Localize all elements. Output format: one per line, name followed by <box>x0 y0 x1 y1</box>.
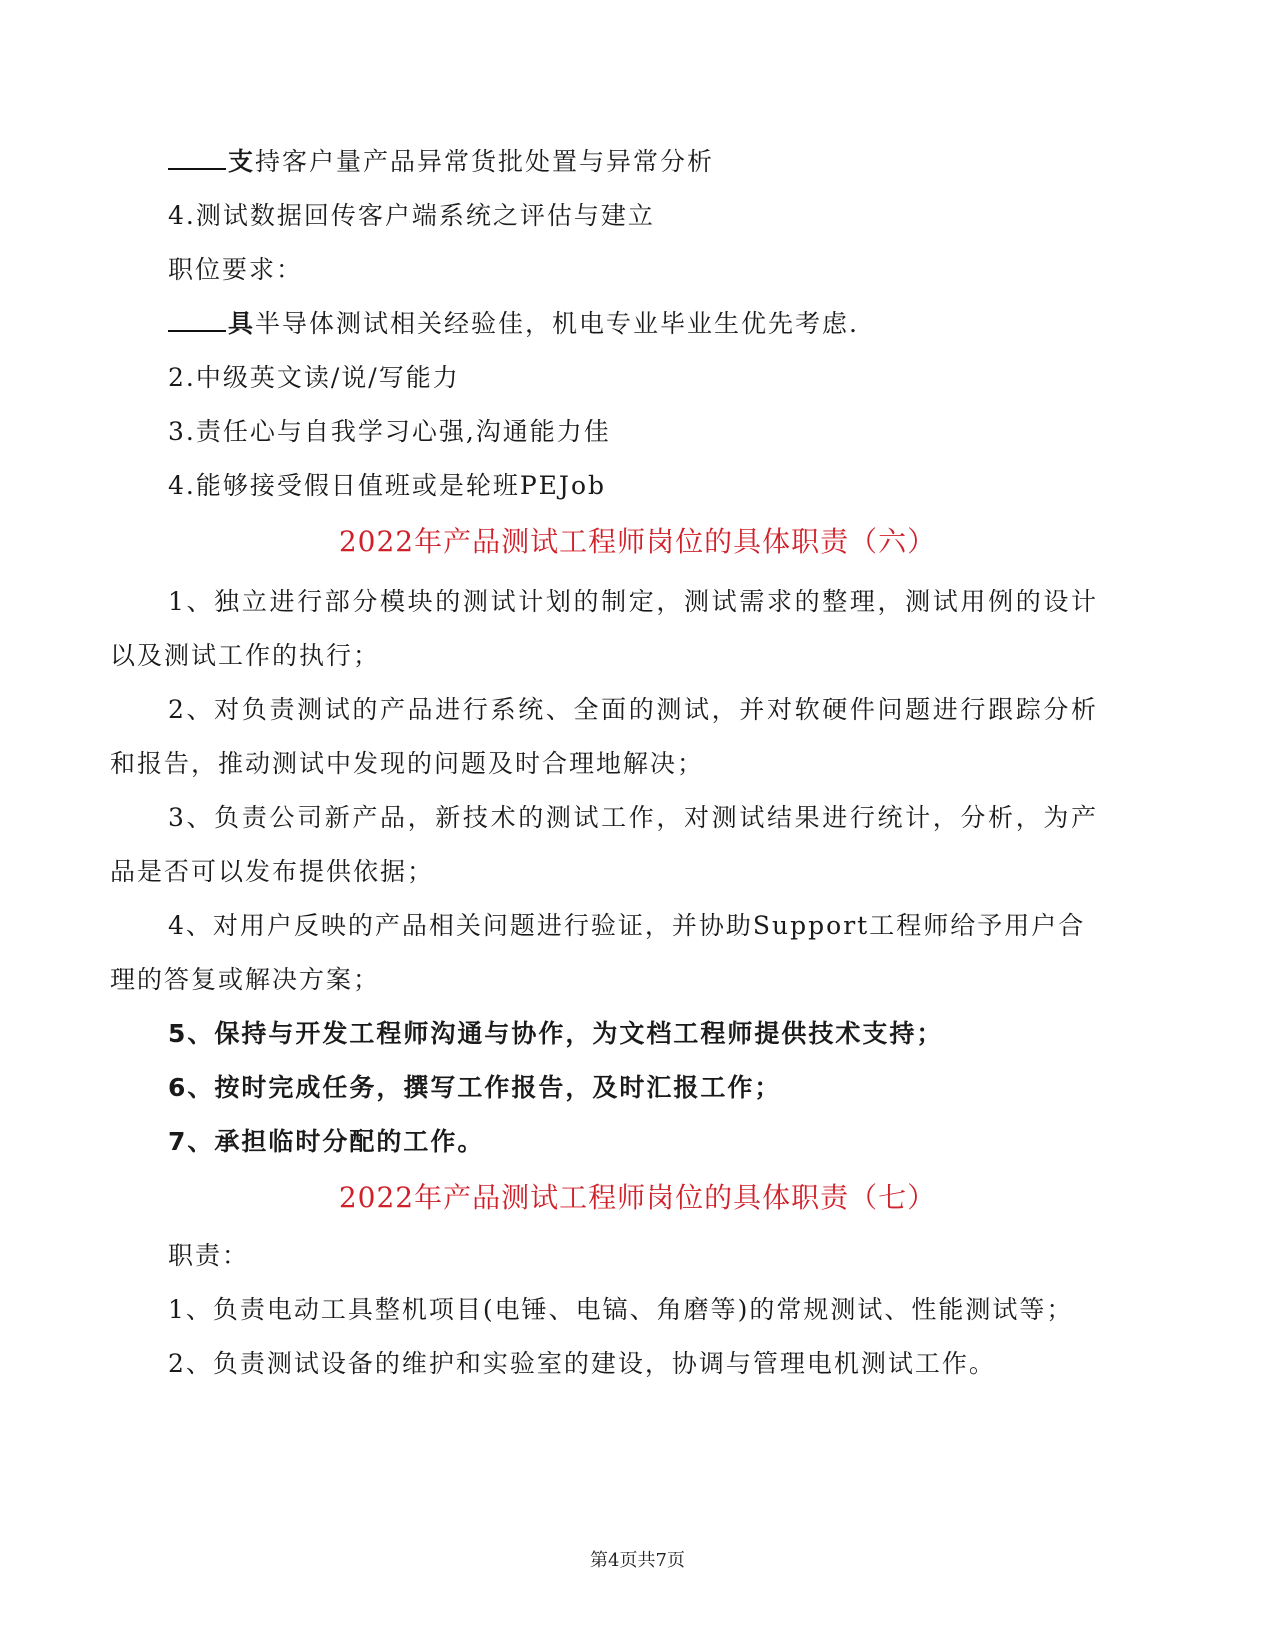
line-text: 持客户量产品异常货批处置与异常分析 <box>255 147 714 176</box>
item-text: 1、独立进行部分模块的测试计划的制定，测试需求的整理，测试用例的设计 <box>168 586 1098 618</box>
doc-line: 具半导体测试相关经验佳，机电专业毕业生优先考虑. <box>168 308 859 340</box>
duties-label: 职责： <box>168 1240 249 1272</box>
item-line: 6、按时完成任务，撰写工作报告，及时汇报工作； <box>168 1072 781 1104</box>
item-line: 3、负责公司新产品，新技术的测试工作，对测试结果进行统计，分析，为产 <box>168 802 1098 834</box>
section-heading-6: 2022年产品测试工程师岗位的具体职责（六） <box>0 524 1275 560</box>
doc-line: 职位要求： <box>168 254 303 286</box>
fill-blank <box>168 310 226 332</box>
doc-line: 4.测试数据回传客户端系统之评估与建立 <box>168 200 655 232</box>
item-line: 1、独立进行部分模块的测试计划的制定，测试需求的整理，测试用例的设计 <box>168 586 1098 618</box>
fill-blank <box>168 148 226 170</box>
item-line: 品是否可以发布提供依据； <box>110 856 434 888</box>
section-heading-7: 2022年产品测试工程师岗位的具体职责（七） <box>0 1180 1275 1216</box>
item-text: 2、对负责测试的产品进行系统、全面的测试，并对软硬件问题进行跟踪分析 <box>168 694 1098 726</box>
item-line: 7、承担临时分配的工作。 <box>168 1126 484 1158</box>
item-line: 2、负责测试设备的维护和实验室的建设，协调与管理电机测试工作。 <box>168 1348 996 1380</box>
item-line: 理的答复或解决方案； <box>110 964 380 996</box>
page-number: 第4页共7页 <box>0 1546 1275 1572</box>
item-line: 以及测试工作的执行； <box>110 640 380 672</box>
doc-line: 3.责任心与自我学习心强,沟通能力佳 <box>168 416 611 448</box>
item-line: 4、对用户反映的产品相关问题进行验证，并协助Support工程师给予用户合 <box>168 910 1083 942</box>
item-line: 和报告，推动测试中发现的问题及时合理地解决； <box>110 748 704 780</box>
doc-line: 2.中级英文读/说/写能力 <box>168 362 460 394</box>
item-text: 4、对用户反映的产品相关问题进行验证，并协助Support工程师给予用户合 <box>168 910 1083 942</box>
bold-char: 具 <box>228 309 255 338</box>
item-line: 5、保持与开发工程师沟通与协作，为文档工程师提供技术支持； <box>168 1018 943 1050</box>
item-line: 1、负责电动工具整机项目(电锤、电镐、角磨等)的常规测试、性能测试等； <box>168 1294 1073 1326</box>
item-line: 2、对负责测试的产品进行系统、全面的测试，并对软硬件问题进行跟踪分析 <box>168 694 1098 726</box>
doc-line: 4.能够接受假日值班或是轮班PEJob <box>168 470 606 502</box>
doc-line: 支持客户量产品异常货批处置与异常分析 <box>168 146 714 178</box>
line-text: 半导体测试相关经验佳，机电专业毕业生优先考虑. <box>255 309 859 338</box>
item-text: 3、负责公司新产品，新技术的测试工作，对测试结果进行统计，分析，为产 <box>168 802 1098 834</box>
bold-char: 支 <box>228 147 255 176</box>
